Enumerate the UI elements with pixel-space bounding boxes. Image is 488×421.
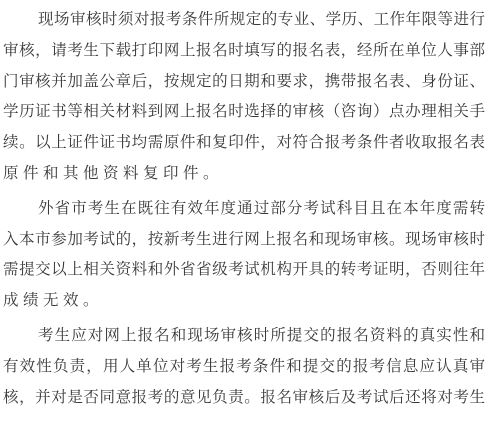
text-line: 审核，请考生下载打印网上报名时填写的报名表，经所在单位人事部 (3, 36, 485, 67)
text-line: 需提交以上相关资料和外省省级考试机构开具的转考证明，否则往年 (3, 255, 485, 286)
text-line: 考生应对网上报名和现场审核时所提交的报名资料的真实性和 (3, 321, 485, 352)
text-line: 外省市考生在既往有效年度通过部分考试科目且在本年度需转 (3, 194, 485, 225)
document-page: 现场审核时须对报考条件所规定的专业、学历、工作年限等进行审核，请考生下载打印网上… (0, 0, 488, 421)
text-line: 现场审核时须对报考条件所规定的专业、学历、工作年限等进行 (3, 5, 485, 36)
paragraph: 现场审核时须对报考条件所规定的专业、学历、工作年限等进行审核，请考生下载打印网上… (3, 5, 485, 190)
text-line: 原件和其他资料复印件。 (3, 159, 485, 190)
text-line: 入本市参加考试的，按新考生进行网上报名和现场审核。现场审核时 (3, 225, 485, 256)
text-line: 续。以上证件证书均需原件和复印件，对符合报考条件者收取报名表 (3, 128, 485, 159)
text-line: 门审核并加盖公章后，按规定的日期和要求，携带报名表、身份证、 (3, 67, 485, 98)
text-line: 成绩无效。 (3, 286, 485, 317)
text-line: 有效性负责，用人单位对考生报考条件和提交的报考信息应认真审 (3, 352, 485, 383)
text-line: 核，并对是否同意报考的意见负责。报名审核后及考试后还将对考生 (3, 383, 485, 414)
text-line: 学历证书等相关材料到网上报名时选择的审核（咨询）点办理相关手 (3, 97, 485, 128)
paragraph: 考生应对网上报名和现场审核时所提交的报名资料的真实性和有效性负责，用人单位对考生… (3, 321, 485, 413)
paragraph: 外省市考生在既往有效年度通过部分考试科目且在本年度需转入本市参加考试的，按新考生… (3, 194, 485, 317)
